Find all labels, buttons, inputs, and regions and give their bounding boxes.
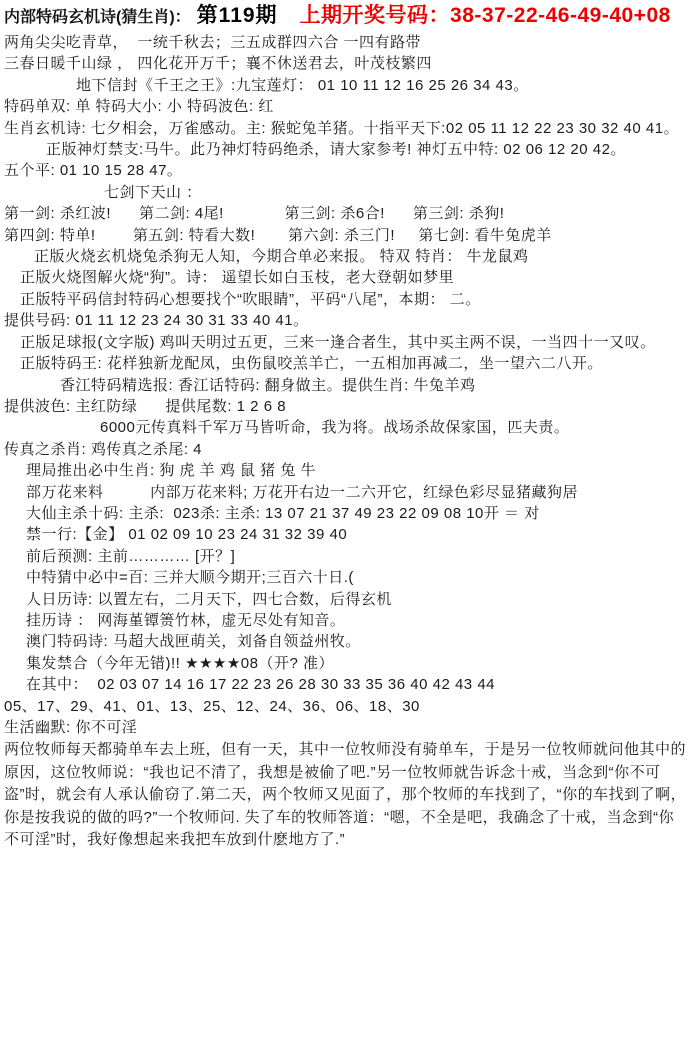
text-line: 传真之杀肖: 鸡传真之杀尾: 4 xyxy=(4,439,688,460)
tip-sheet-page: 内部特码玄机诗(猜生肖)： 第119期 上期开奖号码：38-37-22-46-4… xyxy=(0,0,690,1050)
text-line: 6000元传真料千军万马皆听命，我为将。战场杀故保家国，匹夫责。 xyxy=(4,417,688,438)
text-line: 第一剑: 杀红波! 第二剑: 4尾! 第三剑: 杀6合! 第三剑: 杀狗! xyxy=(4,203,688,224)
text-line: 澳门特码诗: 马超大战匣萌关，刘备自领益州牧。 xyxy=(4,631,688,652)
text-line: 集发禁合（今年无错)!! ★★★★08（开? 准） xyxy=(4,653,688,674)
text-line: 地下信封《千王之王》:九宝莲灯： 01 10 11 12 16 25 26 34… xyxy=(4,75,688,96)
text-line: 正版火烧玄机烧兔杀狗无人知，今期合单必来报。 特双 特肖： 牛龙鼠鸡 xyxy=(4,246,688,267)
text-line: 三春日暖千山绿 ， 四化花开万千；襄不休送君去，叶茂枝繁四 xyxy=(4,53,688,74)
text-line: 大仙主杀十码: 主杀: 023杀: 主杀: 13 07 21 37 49 23 … xyxy=(4,503,688,524)
sheet-header: 内部特码玄机诗(猜生肖)： 第119期 上期开奖号码：38-37-22-46-4… xyxy=(4,4,688,30)
text-line: 提供波色: 主红防绿 提供尾数: 1 2 6 8 xyxy=(4,396,688,417)
text-line: 两角尖尖吃青草， 一统千秋去；三五成群四六合 一四有路带 xyxy=(4,32,688,53)
text-line: 正版特平码信封特码心想要找个“吹眼睛”，平码“八尾”，本期： 二。 xyxy=(4,289,688,310)
text-line: 挂历诗 ： 网海堇镡箦竹林，虚无尽处有知音。 xyxy=(4,610,688,631)
text-line: 禁一行:【金】 01 02 09 10 23 24 31 32 39 40 xyxy=(4,524,688,545)
text-line: 在其中： 02 03 07 14 16 17 22 23 26 28 30 33… xyxy=(4,674,688,695)
text-line: 正版神灯禁支:马牛。此乃神灯特码绝杀，请大家参考! 神灯五中特: 02 06 1… xyxy=(4,139,688,160)
humor-paragraph: 两位牧师每天都骑单车去上班，但有一天，其中一位牧师没有骑单车，于是另一位牧师就问… xyxy=(4,739,688,852)
text-line: 正版特码王: 花样独新龙配凤，虫伤鼠咬羔羊亡，一五相加再减二，坐一望六二八开。 xyxy=(4,353,688,374)
text-line: 五个平: 01 10 15 28 47。 xyxy=(4,160,688,181)
text-line: 第四剑: 特单! 第五剑: 特看大数! 第六剑: 杀三门! 第七剑: 看牛兔虎羊 xyxy=(4,225,688,246)
sheet-title: 内部特码玄机诗(猜生肖)： xyxy=(4,6,191,30)
text-line: 05、17、29、41、01、13、25、12、24、36、06、18、30 xyxy=(4,696,688,717)
text-line: 中特猜中必中=百: 三并大顺今期开;三百六十日.( xyxy=(4,567,688,588)
text-line: 提供号码: 01 11 12 23 24 30 31 33 40 41。 xyxy=(4,310,688,331)
text-line: 正版火烧图解火烧“狗”。诗： 遥望长如白玉枝，老大登朝如梦里 xyxy=(4,267,688,288)
text-line: 前后预测: 主前………… [开？] xyxy=(4,546,688,567)
text-line: 生活幽默: 你不可淫 xyxy=(4,717,688,738)
text-line: 香江特码精选报: 香江话特码: 翻身做主。提供生肖: 牛兔羊鸡 xyxy=(4,375,688,396)
issue-number: 第119期 xyxy=(197,4,278,28)
text-line: 正版足球报(文字版) 鸡叫天明过五更，三来一逢合者生，其中买主两不误，一当四十一… xyxy=(4,332,688,353)
text-line: 部万花来料 内部万花来料; 万花开右边一二六开它，红绿色彩尽显猪藏狗居 xyxy=(4,482,688,503)
text-line: 理局推出必中生肖: 狗 虎 羊 鸡 鼠 猪 兔 牛 xyxy=(4,460,688,481)
text-line: 特码单双: 单 特码大小: 小 特码波色: 红 xyxy=(4,96,688,117)
text-line: 生肖玄机诗: 七夕相会，万雀感动。主: 猴蛇兔羊猪。十指平天下:02 05 11… xyxy=(4,118,688,139)
text-line: 七剑下天山 ： xyxy=(4,182,688,203)
sheet-lines: 两角尖尖吃青草， 一统千秋去；三五成群四六合 一四有路带三春日暖千山绿 ， 四化… xyxy=(4,32,688,738)
text-line: 人日历诗: 以置左右，二月天下，四七合数，后得玄机 xyxy=(4,589,688,610)
last-draw-numbers: 上期开奖号码：38-37-22-46-49-40+08 xyxy=(300,4,671,28)
